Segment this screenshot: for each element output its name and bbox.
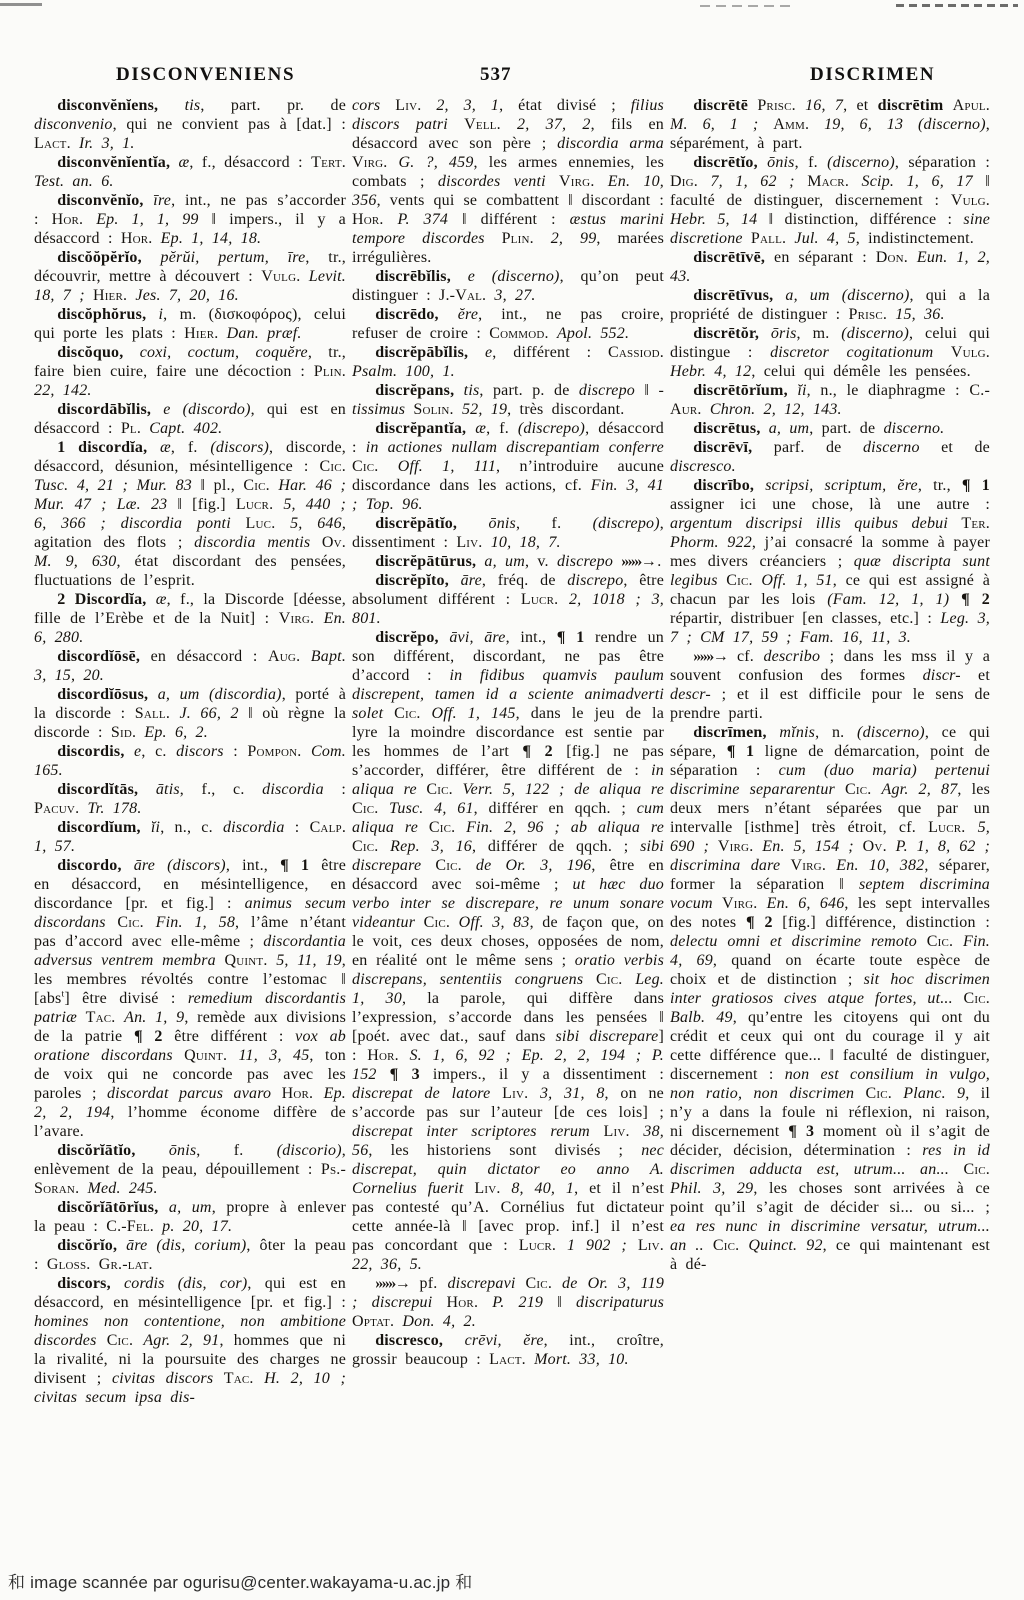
text-run: Aug. — [268, 648, 311, 665]
text-run: Lucr. — [521, 591, 569, 608]
text-run: e (discordo) — [163, 401, 250, 418]
dictionary-entry: discrĕpĭto, āre, fréq. de discrepo, être… — [352, 571, 664, 628]
text-run: Cic. — [243, 477, 278, 494]
dictionary-entry: discordĭōsē, en désaccord : Aug. Bapt. 3… — [34, 647, 346, 685]
text-run: , f. — [516, 515, 593, 532]
text-run: 5, 646 — [290, 515, 342, 532]
text-run: tis — [185, 97, 201, 114]
text-run: Prisc. — [757, 97, 805, 114]
text-run: ¶ 2 — [134, 1028, 174, 1045]
text-run: discrĕpantĭa, — [375, 420, 475, 437]
text-run: , celui qui démêle les pensées. — [751, 363, 970, 380]
text-run: Cic. — [964, 1161, 990, 1178]
text-run: Hier. — [184, 325, 226, 342]
dictionary-entry: discrētŏr, ōris, m. (discerno), celui qu… — [670, 324, 990, 381]
text-run: (discorio) — [277, 1142, 342, 1159]
text-run: discresco, — [375, 1332, 464, 1349]
text-run: discrepo — [567, 572, 623, 589]
text-run: Pacuv. — [34, 800, 87, 817]
dictionary-entry: discrĕpābĭlis, e, différent : Cassiod. P… — [352, 343, 664, 381]
dictionary-entry: discŏrĭātĭo, ōnis, f. (discorio), enlève… — [34, 1141, 346, 1198]
text-run: Agr. 2, 87 — [882, 781, 958, 798]
text-run: Cic. — [424, 914, 459, 931]
text-run: et — [961, 667, 990, 684]
text-run: 5, 11, 19 — [276, 952, 342, 969]
text-run: sibi discrepare — [555, 1028, 658, 1045]
dictionary-entry: discŏphŏrus, i, m. (δισκοφόρος), celui q… — [34, 305, 346, 343]
text-run: a, um (discerno) — [785, 287, 909, 304]
text-run: Tusc. 4, 21 ; Mur. 83 — [34, 477, 192, 494]
text-run: en séparant : — [774, 249, 876, 266]
text-run: ‖ — [543, 1294, 576, 1311]
text-run: (discerno) — [841, 325, 909, 342]
text-run: discrĕpātūrus, — [375, 553, 484, 570]
text-run: discrēvī, — [693, 439, 774, 456]
text-run: Lucr. — [928, 819, 978, 836]
text-run: Quint. — [225, 952, 277, 969]
text-run: a, um — [169, 1199, 212, 1216]
dictionary-entry: discordo, āre (discors), int., ¶ 1 être … — [34, 856, 346, 1141]
text-run: discrĕpātĭo, — [375, 515, 488, 532]
running-head-left-word: DISCONVENIENS — [116, 64, 295, 86]
dictionary-entry: 2 Discordĭa, æ, f., la Discorde [déesse,… — [34, 590, 346, 647]
dictionary-entry: discordĭtās, ātis, f., c. discordia : Pa… — [34, 780, 346, 818]
text-run: être différent : — [174, 1028, 295, 1045]
text-run: , n. — [815, 724, 857, 741]
dictionary-entry: discrētē Prisc. 16, 7, et discrētim Apul… — [670, 96, 990, 153]
text-run: , c. — [141, 743, 176, 760]
text-run: crēvi, ĕre — [465, 1332, 544, 1349]
text-run: discrepat inter scriptores rerum — [352, 1123, 604, 1140]
dictionary-entry: discŏŏpĕrĭo, pĕrŭi, pertum, īre, tr., dé… — [34, 248, 346, 305]
dictionary-entry: discordis, e, c. discors : Pompon. Com. … — [34, 742, 346, 780]
text-run: Amm. — [773, 116, 824, 133]
text-run: ¶ 1 — [727, 743, 765, 760]
text-run: assigner ici une chose, là une autre : — [670, 496, 990, 513]
text-run: Cic. — [394, 705, 431, 722]
text-run: , indistinctement. — [856, 230, 974, 247]
text-run: 10, 18, 7. — [491, 534, 561, 551]
text-run: répartir, distribuer [en classes, etc.] … — [670, 610, 940, 627]
text-run: 1 902 ; — [567, 1237, 638, 1254]
text-run: Vulg. — [261, 268, 309, 285]
dictionary-entry: discrĕpātĭo, ōnis, f. (discrepo), dissen… — [352, 514, 664, 552]
page-number: 537 — [480, 64, 512, 86]
text-run: describo — [763, 648, 820, 665]
text-run: Cassiod. — [608, 344, 664, 361]
text-run: discordis, — [57, 743, 134, 760]
scan-artifact-top-left — [0, 3, 42, 6]
text-run: ¶ 3 — [390, 1066, 433, 1083]
text-run: in actiones nullam discrepantiam conferr… — [366, 439, 664, 456]
text-run: ātis — [156, 781, 180, 798]
text-run: discrĕpĭto, — [375, 572, 460, 589]
text-run: discordĭōsus, — [57, 686, 158, 703]
text-run: Optat. — [352, 1313, 402, 1330]
text-run: Liv. — [502, 1085, 540, 1102]
dictionary-entry: discrētīvē, en séparant : Don. Eun. 1, 2… — [670, 248, 990, 286]
text-run: 52, 19 — [462, 401, 507, 418]
text-run: e (discerno) — [468, 268, 560, 285]
text-run: discrēdo, — [375, 306, 458, 323]
text-run: J. 66, 2 — [179, 705, 238, 722]
text-run: Virg. — [559, 173, 608, 190]
text-run: Cic. — [596, 971, 635, 988]
text-run: Cic. — [426, 781, 462, 798]
text-run: Mort. 33, 10. — [534, 1351, 629, 1368]
text-run: cordis (dis, cor) — [124, 1275, 247, 1292]
text-run: Cic. — [435, 857, 476, 874]
text-run: disconvĕnĭo, — [57, 192, 153, 209]
text-run: civitas discors — [112, 1370, 224, 1387]
text-run: discrētīvus, — [693, 287, 785, 304]
text-run: , n., le diaphragme : — [807, 382, 970, 399]
text-run: Don. — [876, 249, 917, 266]
dictionary-entry: discrīmen, mĭnis, n. (discerno), ce qui … — [670, 723, 990, 1274]
text-run: discresco. — [670, 458, 736, 475]
text-run: Tert. — [311, 154, 346, 171]
text-run: discordes venti — [438, 173, 559, 190]
text-run: Hebr. 5, 14 — [670, 211, 757, 228]
text-run: Fin. 1, 58 — [156, 914, 235, 931]
text-run: ōnis — [489, 515, 516, 532]
text-run: Ir. 3, 1. — [79, 135, 135, 152]
text-run: Liv. — [474, 1180, 511, 1197]
text-run: Tusc. 4, 61 — [389, 800, 474, 817]
text-run: Virg. — [718, 838, 762, 855]
dictionary-entry: discrĕpans, tis, part. p. de discrepo ‖ … — [352, 381, 664, 419]
text-run: discŏquo, — [57, 344, 140, 361]
text-column-3: discrētē Prisc. 16, 7, et discrētim Apul… — [670, 96, 990, 1558]
text-run: discŏrĭātōrĭus, — [57, 1199, 169, 1216]
text-run: Agr. 2, 91 — [143, 1332, 219, 1349]
text-run: Lucr. — [519, 1237, 567, 1254]
text-run: Cic. — [964, 990, 990, 1007]
text-run: »»»→ — [693, 648, 737, 665]
text-run: disconvenio — [34, 116, 113, 133]
text-run: Cic. — [866, 1085, 904, 1102]
text-run: de Or. 3, 196 — [476, 857, 591, 874]
text-run: discordia mentis — [194, 534, 322, 551]
text-run: Med. 245. — [87, 1180, 157, 1197]
text-run: Vell. — [464, 116, 517, 133]
text-run: (discerno) — [857, 724, 925, 741]
text-run: Tac. — [86, 1009, 124, 1026]
text-run: discrētus, — [693, 420, 769, 437]
text-run: Vulg. — [951, 192, 990, 209]
text-run: cf. — [737, 648, 764, 665]
text-run: 8, 40, 1 — [511, 1180, 574, 1197]
dictionary-entry: discrībo, scripsi, scriptum, ĕre, tr., ¶… — [670, 476, 990, 647]
dictionary-entry: discrētīvus, a, um (discerno), qui a la … — [670, 286, 990, 324]
text-run: Prisc. — [849, 306, 896, 323]
text-run: 1, 57. — [34, 838, 75, 855]
text-run: ‖ différent : — [448, 211, 570, 228]
dictionary-entry: discrēdo, ĕre, int., ne pas croire, refu… — [352, 305, 664, 343]
text-run: , n., c. — [160, 819, 223, 836]
text-run: Hier. — [93, 287, 135, 304]
text-run: ‖ distinction, différence : — [757, 211, 963, 228]
text-run: Hebr. 4, 12 — [670, 363, 751, 380]
text-run: argentum discripsi illis quibus debui — [670, 515, 961, 532]
text-run: Fin. 2, 96 ; ab aliqua re — [466, 819, 664, 836]
text-run: Ov. — [322, 534, 346, 551]
text-run: , qui ne convient pas à [dat.] : — [113, 116, 346, 133]
dictionary-entry: discordĭōsus, a, um (discordia), porté à… — [34, 685, 346, 742]
text-run: discrētōrĭum, — [693, 382, 797, 399]
text-run: Plin. — [502, 230, 551, 247]
text-run: , très discordant. — [507, 401, 624, 418]
text-run: Tr. 178. — [87, 800, 141, 817]
text-run: C.-Fel. — [106, 1218, 162, 1235]
text-run: īre — [153, 192, 171, 209]
text-run: Hor. — [282, 1085, 324, 1102]
text-run: disconvĕnĭens, — [57, 97, 184, 114]
text-run: ōnis — [169, 1142, 196, 1159]
text-run: Pompon. — [247, 743, 311, 760]
dictionary-entry: discors, cordis (dis, cor), qui est en d… — [34, 1274, 346, 1407]
dictionary-entry: discrētus, a, um, part. de discerno. — [670, 419, 990, 438]
text-run: discrepavi — [447, 1275, 525, 1292]
text-run: (discrepo) — [593, 515, 660, 532]
text-run: discrēbĭlis, — [375, 268, 468, 285]
text-run: discrĕpo, — [375, 629, 449, 646]
text-run: Ter. — [961, 515, 990, 532]
text-run: ] être divisé : — [64, 990, 187, 1007]
text-run: P. 374 — [398, 211, 449, 228]
text-run: Liv. — [638, 1237, 664, 1254]
text-run: J.-Val. — [439, 287, 494, 304]
text-run: ĭi — [797, 382, 806, 399]
text-run: ōnis — [767, 154, 794, 171]
text-run: ¶ 3 — [788, 1123, 823, 1140]
text-run: scripsi, scriptum, ĕre — [765, 477, 918, 494]
text-run: 22, 142. — [34, 382, 92, 399]
text-run: Sall. — [135, 705, 180, 722]
text-run: : — [324, 781, 346, 798]
text-run: Commod. — [489, 325, 557, 342]
dictionary-page: DISCONVENIENS 537 DISCRIMEN disconvĕnĭen… — [0, 0, 1024, 1600]
text-run: et de — [920, 439, 990, 456]
text-run: , v. — [525, 553, 557, 570]
text-run: discordĭum, — [57, 819, 151, 836]
text-run: , séparation : — [895, 154, 990, 171]
text-run: āre (discors) — [134, 857, 226, 874]
text-run: , différent : — [492, 344, 608, 361]
text-run: M. 9, 630 — [34, 553, 116, 570]
text-run: discrētŏr, — [693, 325, 771, 342]
text-run: en désaccord : — [151, 648, 268, 665]
text-run: Luc. — [246, 515, 291, 532]
text-run: Cic. — [713, 1237, 748, 1254]
text-run: Test. an. 6. — [34, 173, 114, 190]
text-run: Don. 4, 2. — [402, 1313, 476, 1330]
text-run: Virg. — [352, 154, 399, 171]
text-run: , part. de — [809, 420, 883, 437]
text-run: Sid. — [111, 724, 145, 741]
text-run: discordia — [262, 781, 324, 798]
text-run: ; et il est difficile pour le sens de pr… — [670, 686, 990, 722]
text-run: discordĭōsē, — [57, 648, 150, 665]
text-run: discŏphŏrus, — [57, 306, 158, 323]
text-run: Balb. 49 — [670, 1009, 733, 1026]
dictionary-entry: discŏrĭātōrĭus, a, um, propre à enlever … — [34, 1198, 346, 1236]
text-run: discrētim — [878, 97, 953, 114]
text-run: discrĕpābĭlis, — [375, 344, 485, 361]
dictionary-entry: discrēvī, parf. de discerno et de discre… — [670, 438, 990, 476]
text-run: . — [657, 553, 661, 570]
text-run: Hor. — [367, 1047, 409, 1064]
text-run: 3, 27. — [494, 287, 535, 304]
dictionary-entry: disconvĕnĭentĭa, æ, f., désaccord : Tert… — [34, 153, 346, 191]
text-run: Chron. 2, 12, 143. — [710, 401, 842, 418]
text-run: Hor. — [447, 1294, 493, 1311]
text-run: P. 219 — [492, 1294, 543, 1311]
text-run: : — [285, 819, 310, 836]
text-run: Dan. præf. — [227, 325, 302, 342]
text-run: 2, 3, 1 — [436, 97, 499, 114]
dictionary-entry: discrētōrĭum, ĭi, n., le diaphragme : C.… — [670, 381, 990, 419]
text-run: , les historiens sont divisés ; — [368, 1142, 641, 1159]
text-run: æ — [160, 439, 171, 456]
text-run: 7, 1, 62 ; — [710, 173, 807, 190]
text-run: Quint. — [184, 1047, 238, 1064]
text-run: Ep. 1, 14, 18. — [161, 230, 262, 247]
text-run: ĭi — [151, 819, 160, 836]
text-run: Cic. — [107, 1332, 144, 1349]
dictionary-entry: discordābĭlis, e (discordo), qui est en … — [34, 400, 346, 438]
text-run: , part. pr. de — [200, 97, 346, 114]
text-run: discrepo — [579, 382, 635, 399]
text-run: , état divisé ; — [499, 97, 631, 114]
text-run: Liv. — [456, 534, 490, 551]
dictionary-entry: 1 discordĭa, æ, f. (discors), discorde, … — [34, 438, 346, 590]
text-run: Off. 1, 111 — [398, 458, 496, 475]
text-run: Off. 1, 145 — [432, 705, 516, 722]
text-run: discŏŏpĕrĭo, — [57, 249, 160, 266]
text-run: Tac. — [224, 1370, 264, 1387]
text-run: Cic. — [352, 800, 389, 817]
text-run: 1 discordĭa, — [57, 439, 160, 456]
text-run: , f. — [171, 439, 210, 456]
text-run: G. ?, 459 — [399, 154, 474, 171]
text-run: p. 20, 17. — [162, 1218, 232, 1235]
text-run: , f., désaccord : — [189, 154, 311, 171]
text-run: Cic. — [429, 819, 466, 836]
text-run: Cic. — [117, 914, 155, 931]
text-run: , f. — [795, 154, 827, 171]
text-run: ōris — [771, 325, 797, 342]
text-run: [fig.] différence, distinction : — [782, 914, 990, 931]
dictionary-entry: discrēbĭlis, e (discerno), qu’on peut di… — [352, 267, 664, 305]
text-run: discordĭtās, — [57, 781, 156, 798]
scan-artifact-top-mid — [700, 5, 790, 7]
text-run: Pall. — [751, 230, 794, 247]
text-run: Calp. — [310, 819, 346, 836]
text-run: 11, 3, 45 — [239, 1047, 310, 1064]
text-run: Solin. — [413, 401, 462, 418]
text-run: Pl. — [121, 420, 149, 437]
text-run: 2, 99 — [551, 230, 597, 247]
text-run: ‖ [fig.] — [167, 496, 236, 513]
text-run: coxi, coctum, coquĕre — [140, 344, 308, 361]
text-run: Plin. — [314, 363, 346, 380]
dictionary-entry: discrĕpo, āvi, āre, int., ¶ 1 rendre un … — [352, 628, 664, 1274]
text-run: cors — [352, 97, 395, 114]
text-run: ‖ — [635, 382, 658, 399]
text-run: , part. p. de — [479, 382, 579, 399]
text-run: Apul. — [953, 97, 990, 114]
text-run: »»»→ — [621, 553, 657, 570]
text-run: , et — [843, 97, 878, 114]
text-run: discordia — [223, 819, 285, 836]
text-run: ¶ 2 — [746, 914, 782, 931]
text-run: Rep. 3, 16 — [390, 838, 472, 855]
text-run: discors — [176, 743, 224, 760]
text-run: Hor. — [121, 230, 161, 247]
text-run: Cic. — [320, 458, 346, 475]
text-run: Scip. 1, 6, 17 — [862, 173, 973, 190]
text-run: discrētīvē, — [693, 249, 774, 266]
text-run: 2 Discordĭa, — [57, 591, 156, 608]
text-run: En. 5, 154 ; — [762, 838, 862, 855]
running-head-right-word: DISCRIMEN — [810, 64, 935, 86]
text-run: ‖ pl., — [192, 477, 243, 494]
text-run: »»»→ — [375, 1275, 419, 1292]
text-run: Quinct. 92 — [748, 1237, 822, 1254]
text-run: parf. de — [774, 439, 863, 456]
text-run: Virg. — [791, 857, 837, 874]
text-run: Phil. 3, 29 — [670, 1180, 753, 1197]
text-run: discrepo — [557, 553, 621, 570]
text-run: Cic. — [352, 458, 398, 475]
text-run: Cic. — [526, 1275, 563, 1292]
text-run: āre (dis, corium) — [126, 1237, 246, 1254]
text-run: æ — [475, 420, 486, 437]
text-run: discŏrĭātĭo, — [57, 1142, 169, 1159]
text-run: , différer en qqch. ; — [474, 800, 637, 817]
text-run: M. 6, 1 ; — [670, 116, 773, 133]
text-run: Lact. — [34, 135, 79, 152]
text-run: , int., — [226, 857, 280, 874]
text-run: En. 6, 646 — [767, 895, 845, 912]
text-run: discretor cogitationum — [770, 344, 951, 361]
text-run: Gloss. Gr.-lat. — [47, 1256, 153, 1273]
text-run: discordo, — [57, 857, 134, 874]
text-run: , f. — [196, 1142, 276, 1159]
text-run: mĭnis — [779, 724, 815, 741]
dictionary-entry: disconvĕnĭo, īre, int., ne pas s’accorde… — [34, 191, 346, 248]
text-run: , tr., — [918, 477, 962, 494]
text-run: An. 1, 9 — [124, 1009, 184, 1026]
text-run: Phorm. 922 — [670, 534, 752, 551]
text-run: , f. — [486, 420, 518, 437]
text-run: , int., — [506, 629, 557, 646]
text-run: Off. 3, 83 — [459, 914, 530, 931]
text-run: Macr. — [807, 173, 861, 190]
text-run: En. 10, 382 — [836, 857, 924, 874]
text-run: Jes. 7, 20, 16. — [135, 287, 238, 304]
text-run: discordat parcus avaro — [107, 1085, 282, 1102]
text-run: , vents qui se combattent ‖ discordant : — [377, 192, 664, 209]
text-run: æ — [156, 591, 167, 608]
text-run: Psalm. 100, 1. — [352, 363, 455, 380]
dictionary-entry: discresco, crēvi, ĕre, int., croître, gr… — [352, 1331, 664, 1369]
text-run: Dig. — [670, 173, 710, 190]
text-run: Liv. — [395, 97, 436, 114]
text-run: a, um — [769, 420, 810, 437]
text-run: Virg. — [279, 610, 324, 627]
